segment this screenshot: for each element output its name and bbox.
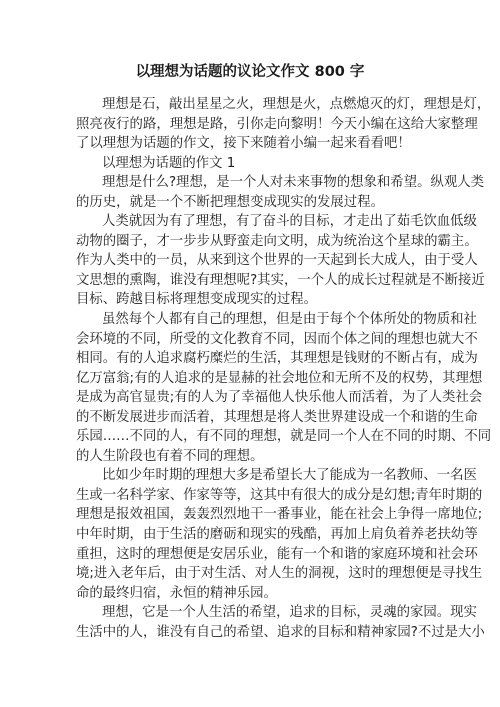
body-line: 人类就因为有了理想，有了奋斗的目标，才走出了茹毛饮血低级 <box>76 212 434 232</box>
body-line: 的不断发展进步而活着，其理想是将人类世界建设成一个和谐的生命 <box>76 408 434 428</box>
body-line: 会环境的不同，所受的文化教育不同，因而个体之间的理想也就大不 <box>76 330 434 350</box>
body-line: 相同。有的人追求腐朽糜烂的生活，其理想是钱财的不断占有，成为 <box>76 349 434 369</box>
document-title: 以理想为话题的议论文作文 800 字 <box>0 62 500 82</box>
body-line: 动物的圈子，才一步步从野蛮走向文明，成为统治这个星球的霸主。 <box>76 232 434 252</box>
body-line: 的历史，就是一个不断把理想变成现实的发展过程。 <box>76 193 434 213</box>
body-line: 理想是石，敲出星星之火，理想是火，点燃熄灭的灯，理想是灯， <box>76 95 434 115</box>
document-body: 理想是石，敲出星星之火，理想是火，点燃熄灭的灯，理想是灯， 照亮夜行的路，理想是… <box>76 95 434 642</box>
body-line: 作为人类中的一员，从来到这个世界的一天起到长大成人，由于受人 <box>76 251 434 271</box>
body-line: 虽然每个人都有自己的理想，但是由于每个个体所处的物质和社 <box>76 310 434 330</box>
body-line: 生或一名科学家、作家等等，这其中有很大的成分是幻想;青年时期的 <box>76 486 434 506</box>
body-line: 是成为高官显贵;有的人为了幸福他人快乐他人而活着，为了人类社会 <box>76 388 434 408</box>
body-line: 理想是报效祖国，轰轰烈烈地干一番事业，能在社会上争得一席地位; <box>76 505 434 525</box>
body-line: 生活中的人，谁没有自己的希望、追求的目标和精神家园?不过是大小 <box>76 623 434 643</box>
body-line: 境;进入老年后，由于对生活、对人生的洞视，这时的理想便是寻找生 <box>76 564 434 584</box>
body-line: 命的最终归宿，永恒的精神乐园。 <box>76 584 434 604</box>
document-page: 以理想为话题的议论文作文 800 字 理想是石，敲出星星之火，理想是火，点燃熄灭… <box>0 0 500 707</box>
body-line: 重担，这时的理想便是安居乐业，能有一个和谐的家庭环境和社会环 <box>76 545 434 565</box>
body-line: 乐园……不同的人，有不同的理想，就是同一个人在不同的时期、不同 <box>76 427 434 447</box>
body-line: 中年时期，由于生活的磨砺和现实的残酷，再加上肩负着养老扶幼等 <box>76 525 434 545</box>
body-line: 文思想的熏陶，谁没有理想呢?其实，一个人的成长过程就是不断接近 <box>76 271 434 291</box>
body-line: 目标、跨越目标将理想变成现实的过程。 <box>76 290 434 310</box>
body-line: 的人生阶段也有着不同的理想。 <box>76 447 434 467</box>
body-line: 照亮夜行的路，理想是路，引你走向黎明！今天小编在这给大家整理 <box>76 115 434 135</box>
body-line: 理想是什么?理想，是一个人对未来事物的想象和希望。纵观人类 <box>76 173 434 193</box>
body-line: 了以理想为话题的作文，接下来随着小编一起来看看吧！ <box>76 134 434 154</box>
body-line: 亿万富翁;有的人追求的是显赫的社会地位和无所不及的权势，其理想 <box>76 369 434 389</box>
body-line: 比如少年时期的理想大多是希望长大了能成为一名教师、一名医 <box>76 466 434 486</box>
body-line: 理想，它是一个人生活的希望，追求的目标，灵魂的家园。现实 <box>76 603 434 623</box>
section-heading: 以理想为话题的作文 1 <box>76 154 434 174</box>
